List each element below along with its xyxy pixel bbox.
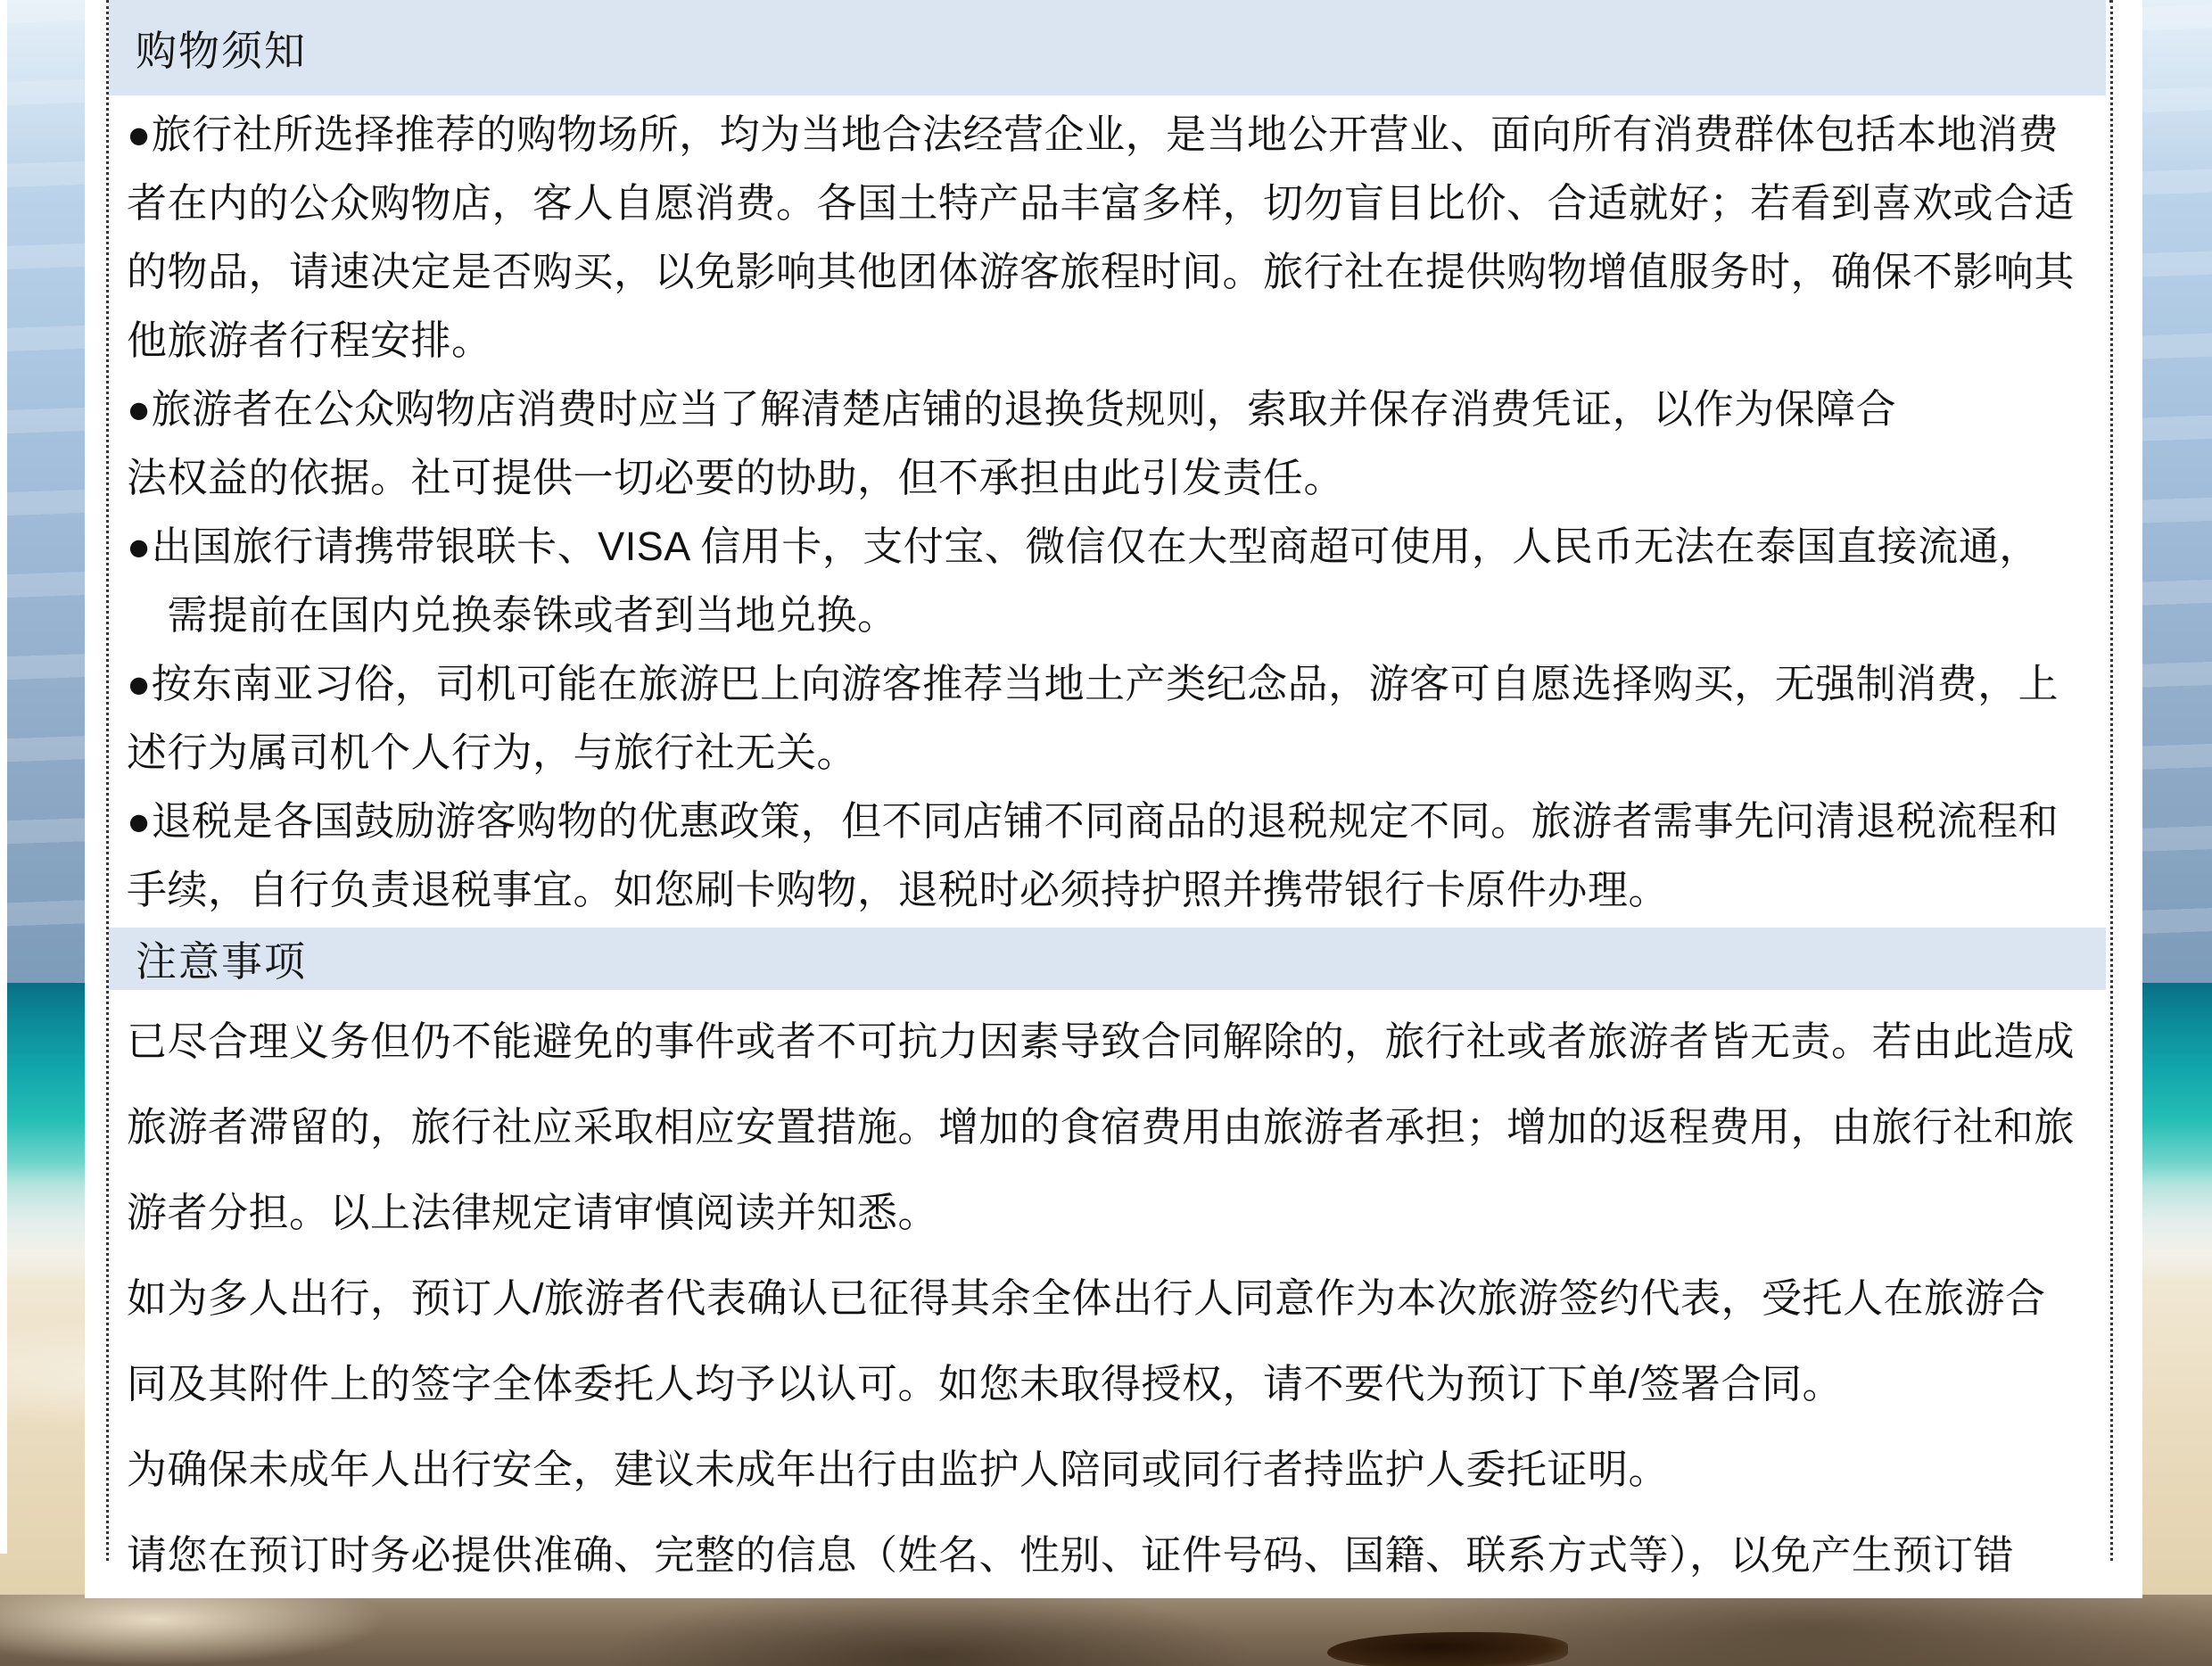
text-line: 游者分担。以上法律规定请审慎阅读并知悉。 bbox=[127, 1170, 2117, 1256]
text-line: 旅游者滞留的，旅行社应采取相应安置措施。增加的食宿费用由旅游者承担；增加的返程费… bbox=[127, 1085, 2117, 1170]
text-line: 如为多人出行，预订人/旅游者代表确认已征得其余全体出行人同意作为本次旅游签约代表… bbox=[127, 1256, 2117, 1341]
text-line: 为确保未成年人出行安全，建议未成年出行由监护人陪同或同行者持监护人委托证明。 bbox=[127, 1427, 2117, 1513]
section-header-notes: 注意事项 bbox=[109, 928, 2106, 990]
section-header-shopping-notice: 购物须知 bbox=[109, 0, 2106, 95]
text-line: 述行为属司机个人行为，与旅行社无关。 bbox=[127, 718, 2117, 787]
text-line: ●出国旅行请携带银联卡、VISA 信用卡，支付宝、微信仅在大型商超可使用，人民币… bbox=[127, 512, 2117, 581]
notes-body: 已尽合理义务但仍不能避免的事件或者不可抗力因素导致合同解除的，旅行社或者旅游者皆… bbox=[127, 999, 2117, 1598]
text-line: 者在内的公众购物店，客人自愿消费。各国土特产品丰富多样，切勿盲目比价、合适就好；… bbox=[127, 169, 2117, 237]
text-line: 同及其附件上的签字全体委托人均予以认可。如您未取得授权，请不要代为预订下单/签署… bbox=[127, 1341, 2117, 1427]
text-line: ●退税是各国鼓励游客购物的优惠政策，但不同店铺不同商品的退税规定不同。旅游者需事… bbox=[127, 787, 2117, 855]
text-line: ●旅行社所选择推荐的购物场所，均为当地合法经营企业，是当地公开营业、面向所有消费… bbox=[127, 100, 2117, 169]
shopping-notice-body: ●旅行社所选择推荐的购物场所，均为当地合法经营企业，是当地公开营业、面向所有消费… bbox=[127, 100, 2117, 924]
text-line: 需提前在国内兑换泰铢或者到当地兑换。 bbox=[127, 581, 2117, 649]
text-line: 法权益的依据。社可提供一切必要的协助，但不承担由此引发责任。 bbox=[127, 443, 2117, 512]
text-line: ●按东南亚习俗，司机可能在旅游巴上向游客推荐当地土产类纪念品，游客可自愿选择购买… bbox=[127, 649, 2117, 718]
section-title: 注意事项 bbox=[136, 929, 307, 988]
text-line: 已尽合理义务但仍不能避免的事件或者不可抗力因素导致合同解除的，旅行社或者旅游者皆… bbox=[127, 999, 2117, 1085]
text-line: 请您在预订时务必提供准确、完整的信息（姓名、性别、证件号码、国籍、联系方式等），… bbox=[127, 1513, 2117, 1598]
page-edge-sliver bbox=[0, 0, 7, 1554]
text-line: ●旅游者在公众购物店消费时应当了解清楚店铺的退换货规则，索取并保存消费凭证，以作… bbox=[127, 375, 2117, 443]
beach-wet-sand-background bbox=[0, 1595, 2212, 1666]
text-line: 他旅游者行程安排。 bbox=[127, 306, 2117, 375]
text-line: 手续，自行负责退税事宜。如您刷卡购物，退税时必须持护照并携带银行卡原件办理。 bbox=[127, 855, 2117, 924]
text-line: 的物品，请速决定是否购买，以免影响其他团体游客旅程时间。旅行社在提供购物增值服务… bbox=[127, 237, 2117, 306]
section-title: 购物须知 bbox=[136, 19, 307, 78]
